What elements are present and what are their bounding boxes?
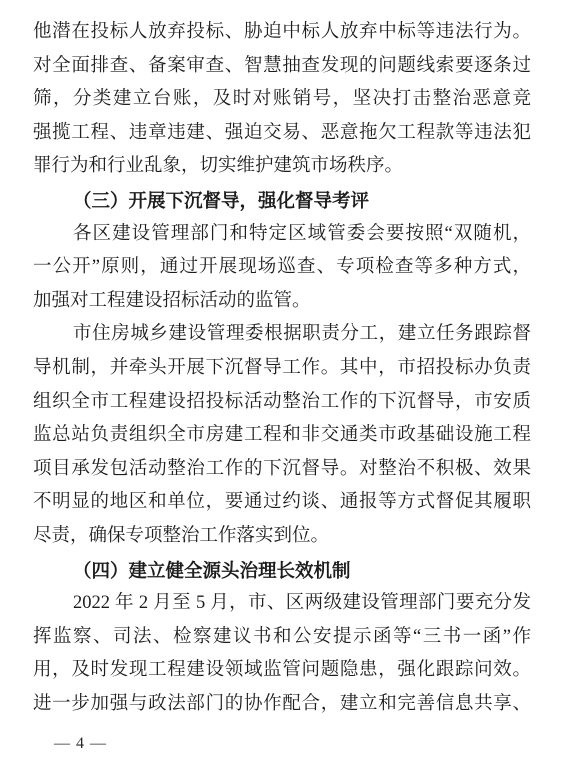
text-line: 筛，分类建立台账，及时对账销号，坚决打击整治恶意竞标、 [33,83,531,117]
text-line: 尽责，确保专项整治工作落实到位。 [33,520,531,554]
text-line: 市住房城乡建设管理委根据职责分工，建立任务跟踪督 [33,318,531,352]
text-line: 他潜在投标人放弃投标、胁迫中标人放弃中标等违法行为。 [33,16,531,50]
text-line: 不明显的地区和单位，要通过约谈、通报等方式督促其履职 [33,486,531,520]
text-line: 组织全市工程建设招投标活动整治工作的下沉督导，市安质 [33,386,531,420]
text-line: 各区建设管理部门和特定区域管委会要按照“双随机， [33,218,531,252]
page-number: — 4 — [54,735,107,753]
section-heading-4: （四）建立健全源头治理长效机制 [33,554,531,588]
text-line: 加强对工程建设招标活动的监管。 [33,285,531,319]
text-line: 罪行为和行业乱象，切实维护建筑市场秩序。 [33,150,531,184]
section-heading-3: （三）开展下沉督导，强化督导考评 [33,184,531,218]
text-line: 挥监察、司法、检察建议书和公安提示函等“三书一函”作 [33,621,531,655]
text-line: 监总站负责组织全市房建工程和非交通类市政基础设施工程 [33,419,531,453]
document-page: 他潜在投标人放弃投标、胁迫中标人放弃中标等违法行为。 对全面排查、备案审查、智慧… [0,0,568,772]
text-line: 进一步加强与政法部门的协作配合，建立和完善信息共享、 [33,688,531,722]
text-line: 项目承发包活动整治工作的下沉督导。对整治不积极、效果 [33,453,531,487]
text-line: 用，及时发现工程建设领域监管问题隐患，强化跟踪问效。 [33,654,531,688]
text-line: 导机制，并牵头开展下沉督导工作。其中，市招投标办负责 [33,352,531,386]
text-line: 2022 年 2 月至 5 月，市、区两级建设管理部门要充分发 [33,587,531,621]
text-line: 一公开”原则，通过开展现场巡查、专项检查等多种方式， [33,251,531,285]
text-line: 对全面排查、备案审查、智慧抽查发现的问题线索要逐条过 [33,50,531,84]
document-body: 他潜在投标人放弃投标、胁迫中标人放弃中标等违法行为。 对全面排查、备案审查、智慧… [33,16,531,721]
text-line: 强揽工程、违章违建、强迫交易、恶意拖欠工程款等违法犯 [33,117,531,151]
